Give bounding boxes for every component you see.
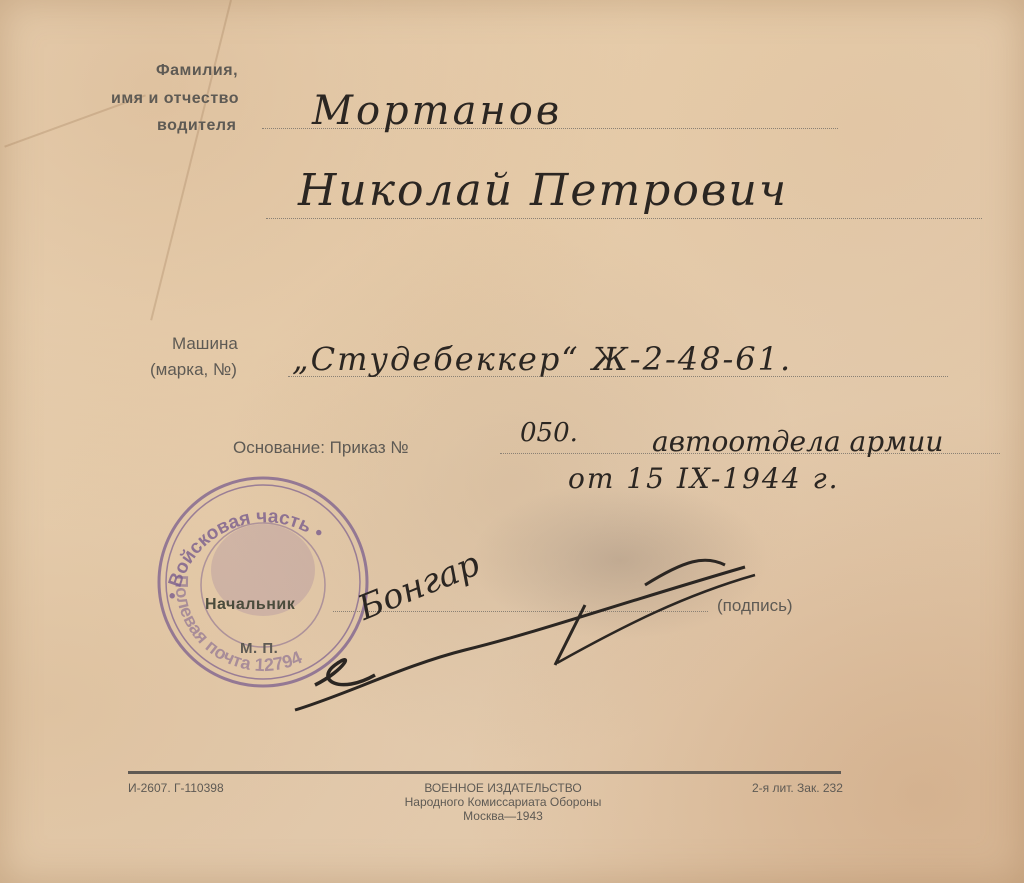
publisher-line-1: ВОЕННОЕ ИЗДАТЕЛЬСТВО (358, 781, 648, 795)
label-car: Машина (172, 334, 238, 354)
publisher-line-3: Москва—1943 (358, 809, 648, 823)
label-seal: М. П. (240, 640, 278, 657)
surname-handwritten: Мортанов (312, 88, 562, 134)
label-name-patronymic: имя и отчество (111, 90, 239, 108)
order-date-handwritten: от 15 IX-1944 г. (568, 462, 840, 495)
label-chief: Начальник (205, 596, 295, 614)
footer-publisher: ВОЕННОЕ ИЗДАТЕЛЬСТВО Народного Комиссари… (358, 781, 648, 823)
order-number-handwritten: 050. (520, 418, 578, 448)
car-handwritten: „Студебеккер“ Ж-2-48-61. (292, 340, 792, 378)
label-driver: водителя (157, 117, 236, 135)
label-car-model: (марка, №) (150, 360, 237, 380)
footer-rule (128, 771, 841, 774)
name-line (266, 218, 982, 219)
name-handwritten: Николай Петрович (298, 165, 788, 216)
footer-order-code: 2-я лит. Зак. 232 (752, 781, 843, 795)
publisher-line-2: Народного Комиссариата Обороны (358, 795, 648, 809)
document-page: Фамилия, имя и отчество водителя Мортано… (0, 0, 1024, 883)
order-issuer-handwritten: автоотдела армии (652, 425, 943, 458)
signature-scrawl (285, 545, 765, 720)
label-basis: Основание: Приказ № (233, 438, 409, 458)
footer-print-code: И-2607. Г-110398 (128, 781, 224, 795)
label-surname: Фамилия, (156, 62, 238, 80)
paper-crease (150, 0, 232, 320)
